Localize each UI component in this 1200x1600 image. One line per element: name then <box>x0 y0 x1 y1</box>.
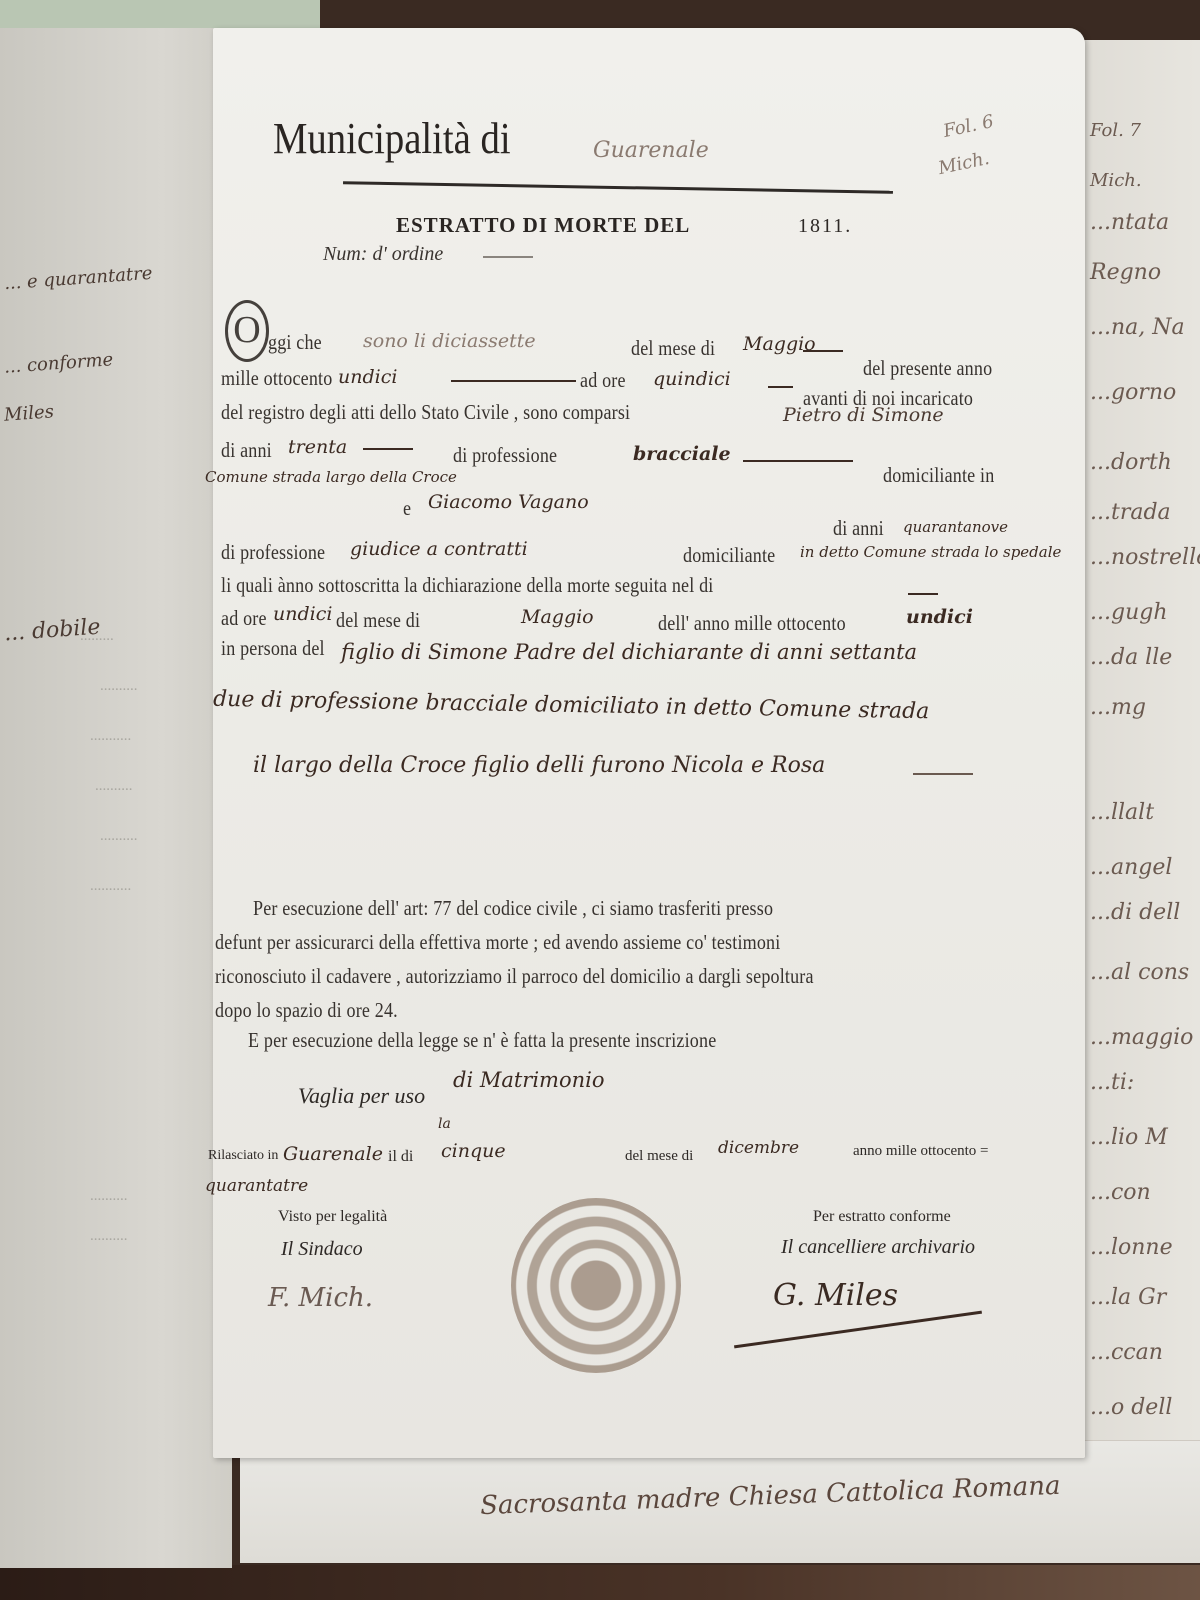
handwritten-deceased: figlio di Simone Padre del dichiarante d… <box>341 640 917 664</box>
handwritten-witness-address: in detto Comune strada lo spedale <box>800 543 1061 561</box>
legal-text-line: defunt per assicurarci della effettiva m… <box>215 930 780 955</box>
printed-text: mille ottocento <box>221 366 332 391</box>
printed-text: in persona del <box>221 636 325 661</box>
printed-text: del presente anno <box>863 356 992 381</box>
table-surface <box>0 1565 1200 1600</box>
right-page-line: ...angel <box>1090 855 1172 880</box>
header-rule <box>343 181 893 194</box>
printed-text: ad ore <box>221 606 267 631</box>
printed-text: del mese di <box>336 608 420 633</box>
right-page-line: Fol. 7 <box>1090 120 1141 141</box>
right-page-line: ...da lle <box>1090 645 1172 670</box>
right-page-line: ...di dell <box>1090 900 1180 925</box>
valid-use-handwritten: di Matrimonio <box>453 1068 605 1092</box>
signature-flourish <box>734 1311 982 1349</box>
handwritten-witness-profession: giudice a contratti <box>350 538 528 560</box>
handwritten-witness: Giacomo Vagano <box>428 491 589 513</box>
blank-line <box>363 448 413 450</box>
handwritten-address: Comune strada largo della Croce <box>205 468 457 486</box>
handwritten-age: trenta <box>288 436 347 458</box>
right-page-line: ...nostrello <box>1090 545 1200 570</box>
left-page-line: ... e quarantatre <box>3 263 153 294</box>
archivist-title: Il cancelliere archivario <box>781 1236 975 1259</box>
right-page-line: Regno <box>1090 260 1161 285</box>
month-handwritten: dicembre <box>718 1138 799 1158</box>
printed-text: dell' anno mille ottocento <box>658 611 846 636</box>
printed-text: di professione <box>453 443 557 468</box>
legal-text-line: E per esecuzione della legge se n' è fat… <box>248 1028 716 1053</box>
corner-note-line1: Fol. 6 <box>941 111 995 142</box>
year-handwritten: quarantatre <box>205 1176 308 1196</box>
legal-text-line: Per esecuzione dell' art: 77 del codice … <box>253 896 773 921</box>
blank-line <box>451 380 576 382</box>
bottom-handwritten-line: Sacrosanta madre Chiesa Cattolica Romana <box>480 1471 1061 1521</box>
conformity-label: Per estratto conforme <box>813 1208 951 1226</box>
issued-in-label: Rilasciato in <box>208 1148 278 1164</box>
right-page-line: ...ti: <box>1090 1070 1134 1095</box>
document-subtitle: ESTRATTO DI MORTE DEL <box>396 213 690 238</box>
day-handwritten: cinque <box>441 1140 506 1162</box>
printed-text: e <box>403 496 411 521</box>
blank-line <box>743 460 853 462</box>
handwritten-death-month: Maggio <box>521 606 594 628</box>
document-title: Municipalità di <box>273 113 511 164</box>
right-page-line: ...trada <box>1090 500 1171 525</box>
issued-in-handwritten: Guarenale <box>283 1143 383 1165</box>
printed-text: di professione <box>221 540 325 565</box>
handwritten-death-hour: undici <box>273 603 332 625</box>
right-page-line: ...al cons <box>1090 960 1189 985</box>
archivist-signature: G. Miles <box>773 1278 898 1313</box>
right-page-line: ...la Gr <box>1090 1285 1166 1310</box>
official-seal <box>511 1198 681 1373</box>
right-page-line: ...dorth <box>1090 450 1172 475</box>
handwritten-witness-age: quarantanove <box>903 518 1008 536</box>
bottom-underlying-page: Sacrosanta madre Chiesa Cattolica Romana <box>240 1440 1200 1563</box>
handwritten-declarant: Pietro di Simone <box>783 404 944 426</box>
right-page-line: ...con <box>1090 1180 1151 1205</box>
right-page-line: ...llalt <box>1090 800 1154 825</box>
blank-line <box>803 350 843 352</box>
day-label: il di <box>388 1148 413 1166</box>
handwritten-hour: quindici <box>653 368 731 390</box>
corner-note-line2: Mich. <box>936 148 991 179</box>
printed-text: del registro degli atti dello Stato Civi… <box>221 400 630 425</box>
right-page-line: ...gorno <box>1090 380 1176 405</box>
order-number-blank <box>483 256 533 258</box>
right-page-line: ...lio M <box>1090 1125 1168 1150</box>
printed-text: domiciliante in <box>883 463 994 488</box>
handwritten-death-year: undici <box>906 606 973 628</box>
blank-line <box>913 773 973 775</box>
mayor-signature: F. Mich. <box>268 1283 373 1313</box>
left-page-line: ... conforme <box>3 349 113 378</box>
decorative-initial: O <box>225 300 269 362</box>
order-number-label: Num: d' ordine <box>323 243 443 266</box>
blank-line <box>768 386 793 388</box>
printed-text: di anni <box>833 516 884 541</box>
right-page-line: ...mg <box>1090 695 1146 720</box>
blank-line <box>908 593 938 595</box>
right-page-line: ...ntata <box>1090 210 1169 235</box>
left-page-line: Miles <box>3 401 54 425</box>
handwritten-continuation: il largo della Croce figlio delli furono… <box>253 753 825 778</box>
handwritten-profession: bracciale <box>633 443 731 465</box>
handwritten-year: undici <box>338 366 397 388</box>
death-certificate-document: Municipalità di Guarenale Fol. 6 Mich. E… <box>213 28 1085 1458</box>
legal-text-line: riconosciuto il cadavere , autorizziamo … <box>215 964 814 989</box>
printed-text: li quali ànno sottoscritta la dichiarazi… <box>221 573 713 598</box>
right-page-line: ...na, Na <box>1090 315 1185 340</box>
handwritten-day: sono li diciassette <box>363 330 536 352</box>
municipality-handwritten: Guarenale <box>593 138 709 163</box>
printed-text: domiciliante <box>683 543 775 568</box>
mayor-title: Il Sindaco <box>281 1238 363 1261</box>
right-page-line: ...o dell <box>1090 1395 1172 1420</box>
printed-text: ggi che <box>268 330 322 355</box>
valid-for-label: Vaglia per uso <box>298 1083 425 1109</box>
month-label: del mese di <box>625 1148 693 1165</box>
day-superscript: la <box>438 1116 451 1132</box>
legal-text-line: dopo lo spazio di ore 24. <box>215 998 398 1023</box>
right-page-line: ...ccan <box>1090 1340 1163 1365</box>
right-page-line: Mich. <box>1090 170 1142 191</box>
year-label: anno mille ottocento = <box>853 1143 989 1160</box>
handwritten-continuation: due di professione bracciale domiciliato… <box>213 687 930 724</box>
right-page-line: ...lonne <box>1090 1235 1173 1260</box>
left-underlying-page: ... e quarantatre ... conforme Miles ...… <box>0 28 232 1568</box>
right-page-line: ...maggio <box>1090 1025 1193 1050</box>
printed-text: di anni <box>221 438 272 463</box>
document-year: 1811. <box>798 215 852 238</box>
right-page-line: ...gugh <box>1090 600 1167 625</box>
printed-text: del mese di <box>631 336 715 361</box>
printed-text: ad ore <box>580 368 626 393</box>
legality-label: Visto per legalità <box>278 1208 387 1226</box>
